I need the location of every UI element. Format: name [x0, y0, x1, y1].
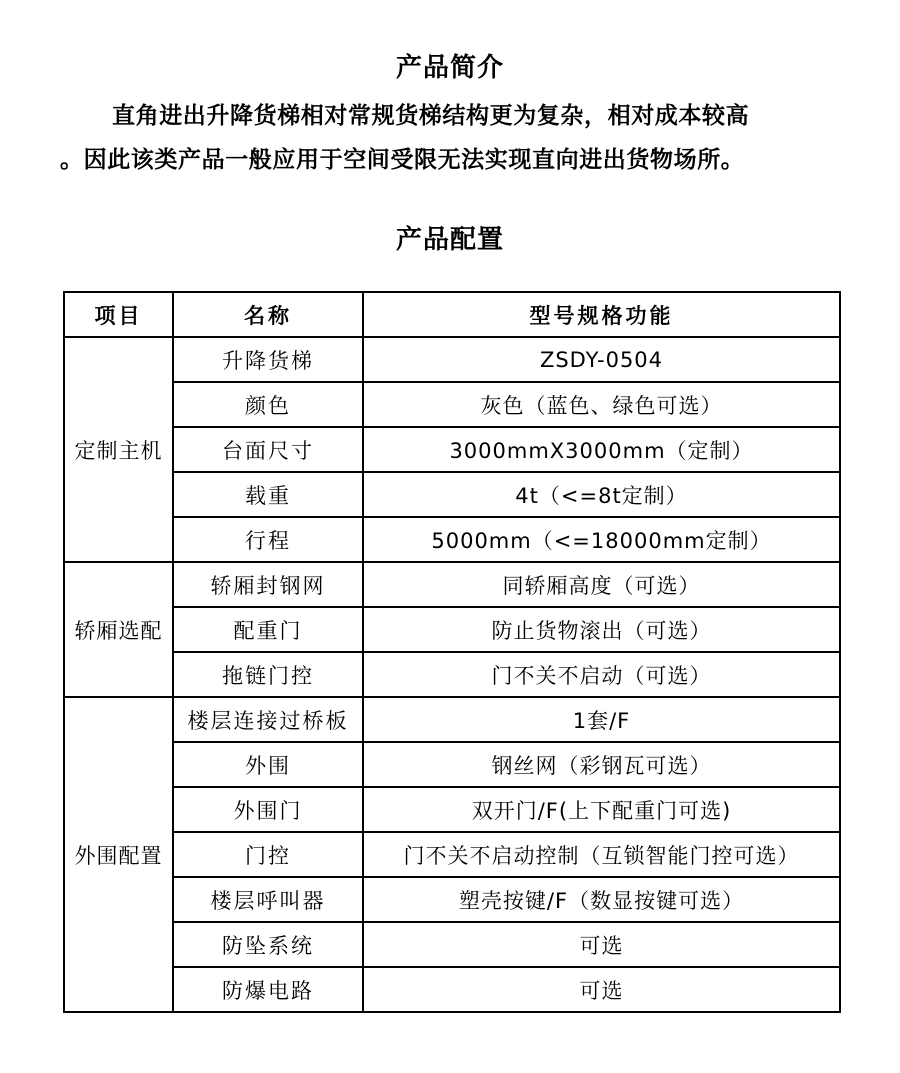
row-spec: 3000mmX3000mm（定制）	[363, 427, 840, 472]
row-spec: 门不关不启动控制（互锁智能门控可选）	[363, 832, 840, 877]
row-spec: 门不关不启动（可选）	[363, 652, 840, 697]
table-row: 防爆电路 可选	[64, 967, 840, 1012]
row-spec: 4t（<=8t定制）	[363, 472, 840, 517]
row-name: 颜色	[173, 382, 363, 427]
row-name: 行程	[173, 517, 363, 562]
row-spec: 5000mm（<=18000mm定制）	[363, 517, 840, 562]
config-title: 产品配置	[0, 219, 900, 256]
row-spec: 双开门/F(上下配重门可选)	[363, 787, 840, 832]
table-row: 外围门 双开门/F(上下配重门可选)	[64, 787, 840, 832]
intro-line-1: 直角进出升降货梯相对常规货梯结构更为复杂，相对成本较高	[60, 94, 850, 138]
header-item: 项目	[64, 292, 173, 337]
row-name: 楼层呼叫器	[173, 877, 363, 922]
row-spec: 防止货物滚出（可选）	[363, 607, 840, 652]
table-row: 定制主机 升降货梯 ZSDY-0504	[64, 337, 840, 382]
table-row: 轿厢选配 轿厢封钢网 同轿厢高度（可选）	[64, 562, 840, 607]
table-row: 台面尺寸 3000mmX3000mm（定制）	[64, 427, 840, 472]
row-name: 轿厢封钢网	[173, 562, 363, 607]
intro-title: 产品简介	[0, 47, 900, 84]
header-spec: 型号规格功能	[363, 292, 840, 337]
intro-line-2: 。因此该类产品一般应用于空间受限无法实现直向进出货物场所。	[60, 138, 850, 182]
table-row: 外围配置 楼层连接过桥板 1套/F	[64, 697, 840, 742]
table-row: 门控 门不关不启动控制（互锁智能门控可选）	[64, 832, 840, 877]
table-row: 防坠系统 可选	[64, 922, 840, 967]
group-label-main-unit: 定制主机	[64, 337, 173, 562]
table-header-row: 项目 名称 型号规格功能	[64, 292, 840, 337]
row-name: 外围	[173, 742, 363, 787]
table-row: 楼层呼叫器 塑壳按键/F（数显按键可选）	[64, 877, 840, 922]
row-name: 楼层连接过桥板	[173, 697, 363, 742]
row-spec: 可选	[363, 922, 840, 967]
row-name: 台面尺寸	[173, 427, 363, 472]
table-row: 行程 5000mm（<=18000mm定制）	[64, 517, 840, 562]
row-spec: ZSDY-0504	[363, 337, 840, 382]
row-spec: 灰色（蓝色、绿色可选）	[363, 382, 840, 427]
row-spec: 可选	[363, 967, 840, 1012]
row-spec: 塑壳按键/F（数显按键可选）	[363, 877, 840, 922]
header-name: 名称	[173, 292, 363, 337]
row-spec: 1套/F	[363, 697, 840, 742]
group-label-car-options: 轿厢选配	[64, 562, 173, 697]
group-label-peripheral: 外围配置	[64, 697, 173, 1012]
row-spec: 同轿厢高度（可选）	[363, 562, 840, 607]
row-name: 升降货梯	[173, 337, 363, 382]
row-spec: 钢丝网（彩钢瓦可选）	[363, 742, 840, 787]
row-name: 防坠系统	[173, 922, 363, 967]
row-name: 载重	[173, 472, 363, 517]
table-row: 颜色 灰色（蓝色、绿色可选）	[64, 382, 840, 427]
config-table: 项目 名称 型号规格功能 定制主机 升降货梯 ZSDY-0504 颜色 灰色（蓝…	[63, 291, 841, 1013]
intro-paragraph: 直角进出升降货梯相对常规货梯结构更为复杂，相对成本较高 。因此该类产品一般应用于…	[60, 94, 850, 182]
row-name: 拖链门控	[173, 652, 363, 697]
row-name: 门控	[173, 832, 363, 877]
table-row: 外围 钢丝网（彩钢瓦可选）	[64, 742, 840, 787]
row-name: 外围门	[173, 787, 363, 832]
table-row: 拖链门控 门不关不启动（可选）	[64, 652, 840, 697]
table-row: 载重 4t（<=8t定制）	[64, 472, 840, 517]
row-name: 防爆电路	[173, 967, 363, 1012]
row-name: 配重门	[173, 607, 363, 652]
table-row: 配重门 防止货物滚出（可选）	[64, 607, 840, 652]
